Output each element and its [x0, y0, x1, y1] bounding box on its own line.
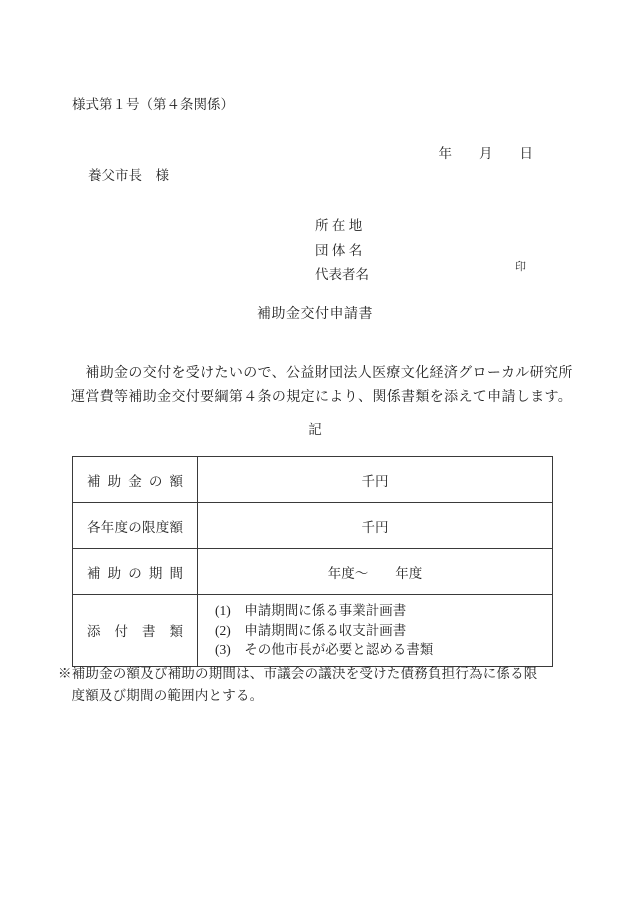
document-title: 補助金交付申請書 [0, 306, 630, 324]
applicant-address-block: 所 在 地 団 体 名 代表者名 [315, 214, 369, 288]
date-line: 年 月 日 [439, 146, 534, 163]
subsidy-period-value: 年度～ 年度 [198, 549, 553, 595]
subsidy-application-form-page: 様式第１号（第４条関係） 年 月 日 養父市長 様 所 在 地 団 体 名 代表… [0, 0, 630, 903]
annual-limit-label: 各年度の限度額 [73, 503, 198, 549]
footnote-line-1: ※補助金の額及び補助の期間は、市議会の議決を受けた債務負担行為に係る限 [58, 663, 538, 685]
attachments-list: (1) 申請期間に係る事業計画書 (2) 申請期間に係る収支計画書 (3) その… [198, 595, 553, 667]
table-row-subsidy-amount: 補助金の額 千円 [73, 457, 553, 503]
application-details-table: 補助金の額 千円 各年度の限度額 千円 補助の期間 年度～ 年度 添付書類 (1… [72, 456, 553, 667]
attachment-item-2: (2) 申請期間に係る収支計画書 [215, 621, 544, 641]
table-row-subsidy-period: 補助の期間 年度～ 年度 [73, 549, 553, 595]
body-line-1: 補助金の交付を受けたいので、公益財団法人医療文化経済グローカル研究所 [71, 362, 575, 386]
ki-heading: 記 [0, 422, 630, 439]
table-row-annual-limit: 各年度の限度額 千円 [73, 503, 553, 549]
location-label: 所 在 地 [315, 214, 369, 239]
seal-mark: 印 [515, 261, 526, 275]
footnote-line-2: 度額及び期間の範囲内とする。 [58, 685, 538, 707]
table-row-attachments: 添付書類 (1) 申請期間に係る事業計画書 (2) 申請期間に係る収支計画書 (… [73, 595, 553, 667]
body-line-2: 運営費等補助金交付要綱第４条の規定により、関係書類を添えて申請します。 [71, 386, 575, 410]
attachment-item-1: (1) 申請期間に係る事業計画書 [215, 601, 544, 621]
organization-name-label: 団 体 名 [315, 239, 369, 264]
body-paragraph: 補助金の交付を受けたいので、公益財団法人医療文化経済グローカル研究所 運営費等補… [71, 362, 575, 409]
representative-name-label: 代表者名 [315, 263, 369, 288]
footnote: ※補助金の額及び補助の期間は、市議会の議決を受けた債務負担行為に係る限 度額及び… [58, 663, 538, 707]
subsidy-amount-label: 補助金の額 [73, 457, 198, 503]
subsidy-period-label: 補助の期間 [73, 549, 198, 595]
recipient-line: 養父市長 様 [88, 168, 169, 185]
annual-limit-value: 千円 [198, 503, 553, 549]
attachments-label: 添付書類 [73, 595, 198, 667]
form-number: 様式第１号（第４条関係） [72, 97, 234, 114]
attachment-item-3: (3) その他市長が必要と認める書類 [215, 640, 544, 660]
subsidy-amount-value: 千円 [198, 457, 553, 503]
